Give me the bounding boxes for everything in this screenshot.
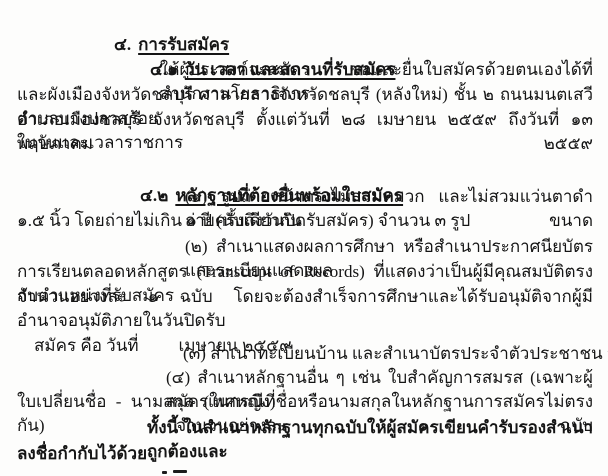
- list-item-3-line: (๓) สำเนาทะเบียนบ้าน และสำเนาบัตรประจำตั…: [183, 342, 608, 366]
- note-line: ลงชื่อกำกับไว้ด้วย: [17, 442, 147, 466]
- cut-off-next-line-fragment: [162, 471, 167, 474]
- section-heading-number: ๔.: [114, 35, 131, 54]
- list-item-1-line: ๑.๕ นิ้ว โดยถ่ายไม่เกิน ๑ ปี (นับถึงวันป…: [17, 209, 470, 233]
- cut-off-next-line-fragment: [173, 470, 187, 473]
- scanned-document-page: ๔.การรับสมัคร ๔.๑วัน เวลา และสถานที่รับส…: [0, 0, 608, 476]
- date-line-prefix: สมัคร คือ วันที่: [34, 336, 139, 355]
- note-line: ทั้งนี้ ในสำเนาหลักฐานทุกฉบับให้ผู้สมัคร…: [147, 416, 593, 464]
- paragraph-line: ในวันและเวลาราชการ: [17, 131, 183, 155]
- sub-heading-2-number: ๔.๒: [140, 186, 168, 205]
